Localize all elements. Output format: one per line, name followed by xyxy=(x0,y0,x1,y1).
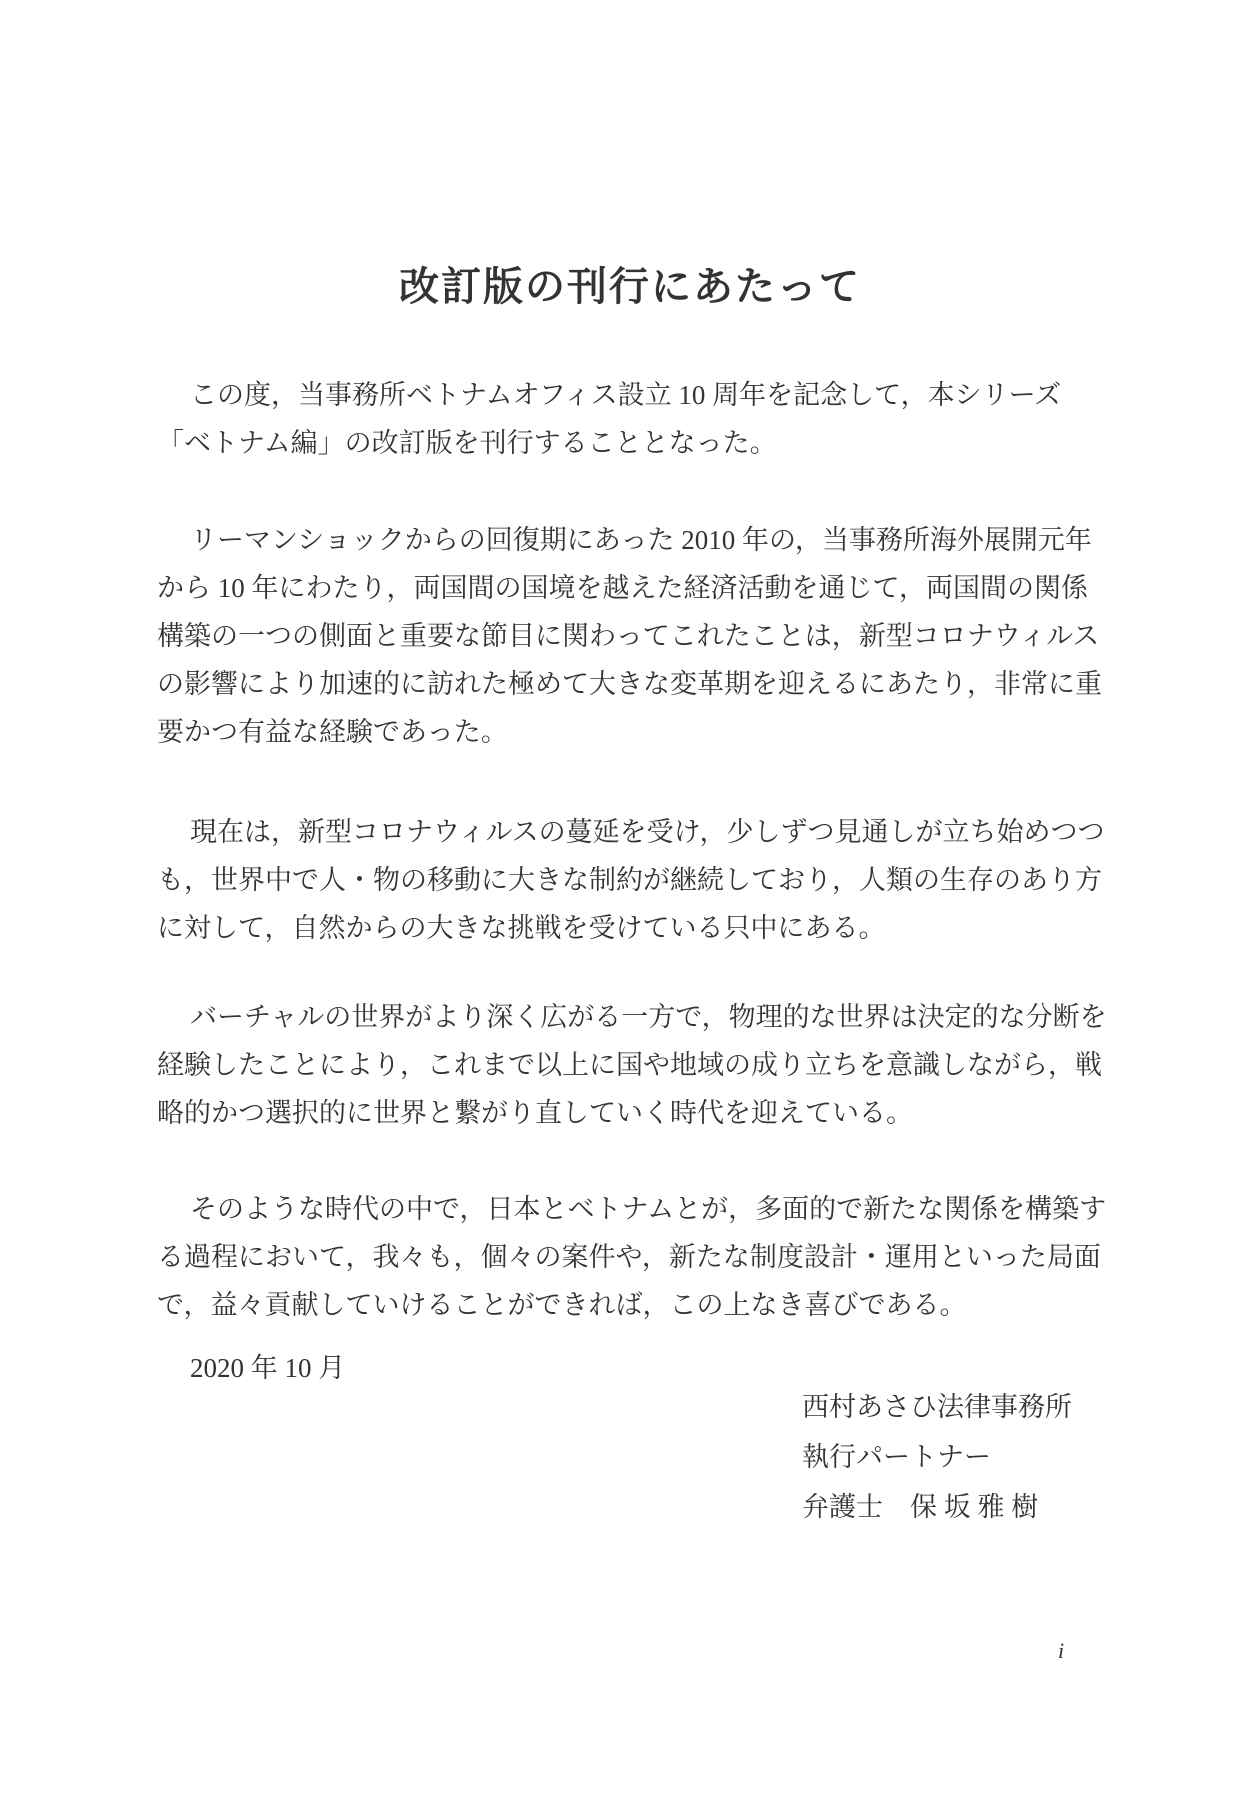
page-number: i xyxy=(1058,1638,1064,1664)
paragraph-2: リーマンショックからの回復期にあった 2010 年の，当事務所海外展開元年 から… xyxy=(157,516,1120,756)
paragraph-1: この度，当事務所ベトナムオフィス設立 10 周年を記念して，本シリーズ 「ベトナ… xyxy=(157,371,1120,467)
signature-role: 執行パートナー xyxy=(802,1432,1072,1482)
date-line: 2020 年 10 月 xyxy=(157,1344,345,1392)
signature-firm: 西村あさひ法律事務所 xyxy=(802,1382,1072,1432)
paragraph-4: バーチャルの世界がより深く広がる一方で，物理的な世界は決定的な分断を 経験したこ… xyxy=(157,993,1120,1137)
signature-name: 弁護士 保 坂 雅 樹 xyxy=(802,1482,1072,1532)
signature-block: 西村あさひ法律事務所 執行パートナー 弁護士 保 坂 雅 樹 xyxy=(802,1382,1072,1532)
document-page: 改訂版の刊行にあたって この度，当事務所ベトナムオフィス設立 10 周年を記念し… xyxy=(0,0,1260,1800)
paragraph-5: そのような時代の中で，日本とベトナムとが，多面的で新たな関係を構築す る過程にお… xyxy=(157,1185,1120,1329)
paragraph-3: 現在は，新型コロナウィルスの蔓延を受け，少しずつ見通しが立ち始めつつ も，世界中… xyxy=(157,808,1120,952)
page-title: 改訂版の刊行にあたって xyxy=(0,264,1260,310)
